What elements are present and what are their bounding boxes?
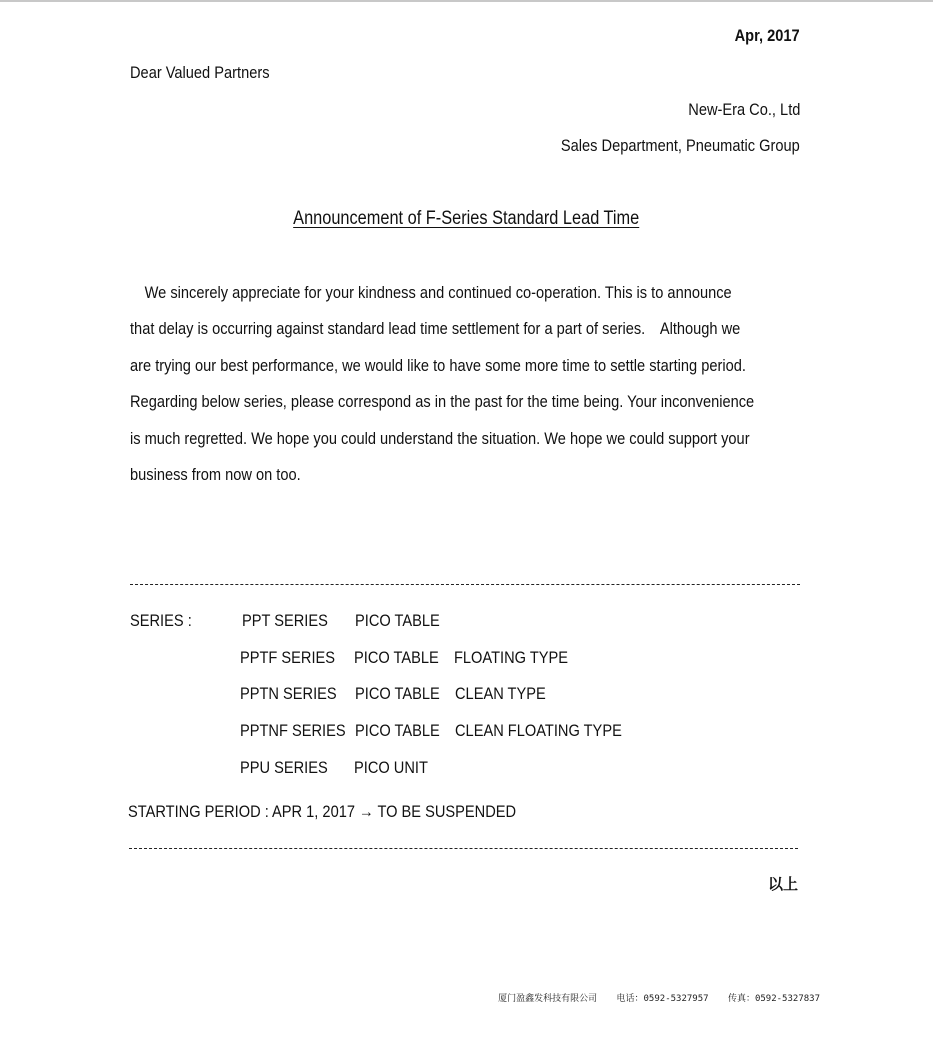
closing-mark: 以上 (768, 875, 798, 895)
sender-department: Sales Department, Pneumatic Group (522, 136, 800, 156)
body-line: Regarding below series, please correspon… (130, 392, 800, 412)
body-line: are trying our best performance, we woul… (130, 356, 800, 376)
series-code: PPU SERIES (240, 758, 342, 778)
body-line: that delay is occurring against standard… (130, 319, 800, 339)
series-type: FLOATING TYPE (454, 648, 587, 668)
sender-company: New-Era Co., Ltd (670, 100, 800, 120)
document-date: Apr, 2017 (724, 26, 800, 46)
footer-fax: 传真：0592-5327837 (728, 994, 820, 1004)
dashed-separator (130, 584, 800, 585)
series-code: PPT SERIES (242, 611, 342, 631)
series-product: PICO TABLE (354, 648, 453, 668)
series-product: PICO TABLE (355, 684, 454, 704)
top-border (0, 0, 933, 2)
series-code: PPTN SERIES (240, 684, 352, 704)
series-product: PICO TABLE (355, 611, 454, 631)
document-title: Announcement of F-Series Standard Lead T… (0, 208, 933, 230)
footer-phone: 电话：0592-5327957 (617, 994, 709, 1004)
body-line: is much regretted. We hope you could und… (130, 429, 800, 449)
footer-contact: 厦门盈鑫发科技有限公司 电话：0592-5327957 传真：0592-5327… (498, 993, 820, 1005)
greeting: Dear Valued Partners (130, 63, 292, 83)
series-type: CLEAN TYPE (455, 684, 561, 704)
body-line: We sincerely appreciate for your kindnes… (130, 283, 800, 303)
dashed-separator (129, 848, 798, 849)
series-label: SERIES : (130, 611, 202, 631)
starting-period: STARTING PERIOD : APR 1, 2017 → TO BE SU… (128, 802, 579, 822)
series-code: PPTNF SERIES (240, 721, 363, 741)
body-line: business from now on too. (130, 465, 800, 485)
series-product: PICO TABLE (355, 721, 454, 741)
series-product: PICO UNIT (354, 758, 440, 778)
series-type: CLEAN FLOATING TYPE (455, 721, 649, 741)
footer-company: 厦门盈鑫发科技有限公司 (498, 994, 597, 1004)
series-code: PPTF SERIES (240, 648, 351, 668)
